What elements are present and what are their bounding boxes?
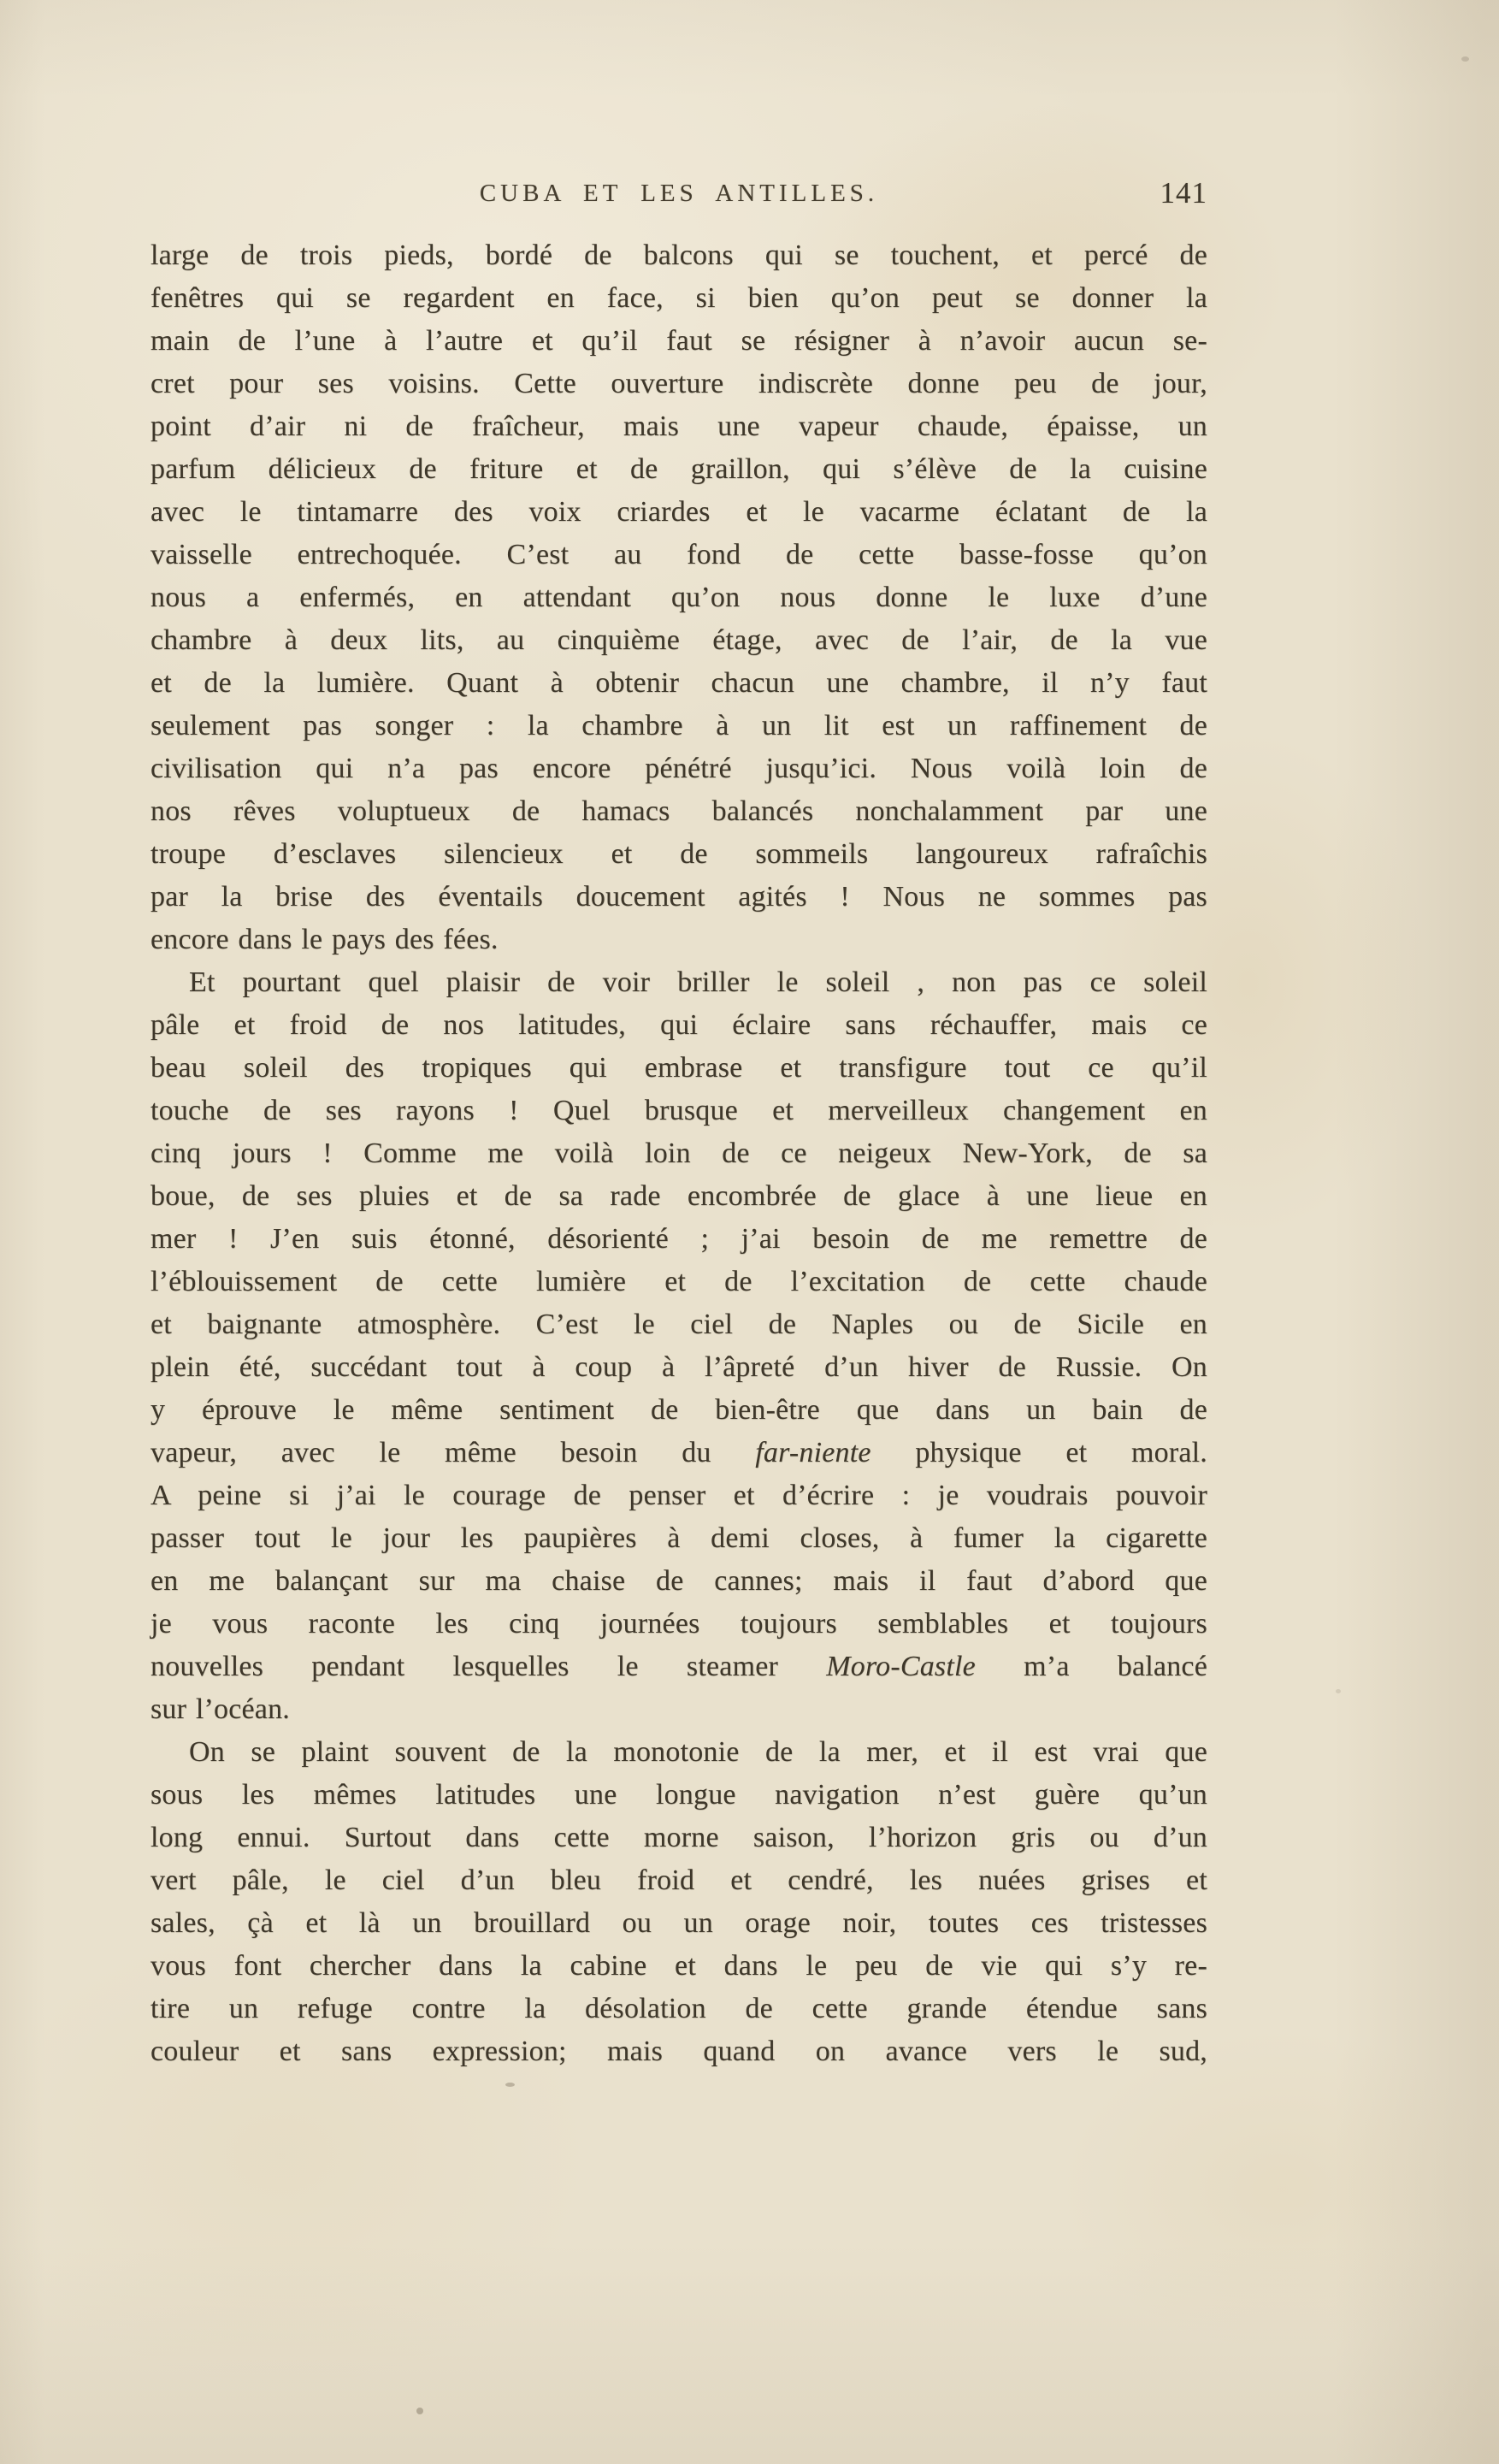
text-line: tire un refuge contre la désolation de c… xyxy=(150,1988,1207,2030)
ink-speck xyxy=(416,2408,423,2414)
text-segment: fenêtres qui se regardent en face, si bi… xyxy=(150,282,1207,314)
book-page: CUBA ET LES ANTILLES. 141 large de trois… xyxy=(0,0,1499,2464)
text-line: seulement pas songer : la chambre à un l… xyxy=(150,705,1207,747)
text-line: main de l’une à l’autre et qu’il faut se… xyxy=(150,320,1207,363)
text-segment: physique et moral. xyxy=(871,1437,1207,1468)
text-segment: m’a balancé xyxy=(976,1651,1207,1682)
text-segment: vaisselle entrechoquée. C’est au fond de… xyxy=(150,539,1207,570)
text-segment: seulement pas songer : la chambre à un l… xyxy=(150,710,1207,742)
text-segment: en me balançant sur ma chaise de cannes;… xyxy=(150,1565,1207,1597)
text-segment: je vous raconte les cinq journées toujou… xyxy=(150,1608,1207,1640)
text-line: cret pour ses voisins. Cette ouverture i… xyxy=(150,363,1207,405)
text-segment: On se plaint souvent de la monotonie de … xyxy=(189,1736,1207,1768)
text-segment: et de la lumière. Quant à obtenir chacun… xyxy=(150,667,1207,699)
text-segment: pâle et froid de nos latitudes, qui écla… xyxy=(150,1009,1207,1041)
text-segment: nous a enfermés, en attendant qu’on nous… xyxy=(150,582,1207,613)
text-line: sales, çà et là un brouillard ou un orag… xyxy=(150,1902,1207,1945)
text-segment: avec le tintamarre des voix criardes et … xyxy=(150,496,1207,528)
text-segment: mer ! J’en suis étonné, désorienté ; j’a… xyxy=(150,1223,1207,1255)
text-segment: passer tout le jour les paupières à demi… xyxy=(150,1522,1207,1554)
text-line: troupe d’esclaves silencieux et de somme… xyxy=(150,833,1207,876)
text-segment: Et pourtant quel plaisir de voir briller… xyxy=(189,966,1207,998)
text-segment: par la brise des éventails doucement agi… xyxy=(150,881,1207,913)
text-segment: main de l’une à l’autre et qu’il faut se… xyxy=(150,325,1207,357)
text-segment: troupe d’esclaves silencieux et de somme… xyxy=(150,838,1207,870)
text-line: long ennui. Surtout dans cette morne sai… xyxy=(150,1817,1207,1859)
text-segment: sous les mêmes latitudes une longue navi… xyxy=(150,1779,1207,1811)
text-line: vaisselle entrechoquée. C’est au fond de… xyxy=(150,534,1207,576)
text-line: civilisation qui n’a pas encore pénétré … xyxy=(150,747,1207,790)
running-head: CUBA ET LES ANTILLES. xyxy=(150,176,1207,210)
page-header: CUBA ET LES ANTILLES. 141 xyxy=(150,176,1207,210)
text-segment: vapeur, avec le même besoin du xyxy=(150,1437,755,1468)
text-line: vous font chercher dans la cabine et dan… xyxy=(150,1945,1207,1988)
text-line: fenêtres qui se regardent en face, si bi… xyxy=(150,277,1207,320)
text-segment: nos rêves voluptueux de hamacs balancés … xyxy=(150,795,1207,827)
text-segment: touche de ses rayons ! Quel brusque et m… xyxy=(150,1095,1207,1126)
text-segment: beau soleil des tropiques qui embrase et… xyxy=(150,1052,1207,1084)
text-segment: encore dans le pays des fées. xyxy=(150,924,499,955)
text-segment: sur l’océan. xyxy=(150,1693,290,1725)
text-line: point d’air ni de fraîcheur, mais une va… xyxy=(150,405,1207,448)
text-segment: boue, de ses pluies et de sa rade encomb… xyxy=(150,1180,1207,1212)
text-line: couleur et sans expression; mais quand o… xyxy=(150,2030,1207,2073)
text-line: large de trois pieds, bordé de balcons q… xyxy=(150,234,1207,277)
text-segment: l’éblouissement de cette lumière et de l… xyxy=(150,1266,1207,1297)
text-line: nouvelles pendant lesquelles le steamer … xyxy=(150,1646,1207,1688)
text-segment: et baignante atmosphère. C’est le ciel d… xyxy=(150,1309,1207,1340)
text-segment: cret pour ses voisins. Cette ouverture i… xyxy=(150,368,1207,399)
text-segment: tire un refuge contre la désolation de c… xyxy=(150,1993,1207,2024)
text-line: parfum délicieux de friture et de graill… xyxy=(150,448,1207,491)
text-segment: long ennui. Surtout dans cette morne sai… xyxy=(150,1822,1207,1853)
text-line: Et pourtant quel plaisir de voir briller… xyxy=(150,961,1207,1004)
text-line: A peine si j’ai le courage de penser et … xyxy=(150,1474,1207,1517)
text-segment: plein été, succédant tout à coup à l’âpr… xyxy=(150,1351,1207,1383)
text-segment: vert pâle, le ciel d’un bleu froid et ce… xyxy=(150,1864,1207,1896)
text-line: avec le tintamarre des voix criardes et … xyxy=(150,491,1207,534)
text-line: et de la lumière. Quant à obtenir chacun… xyxy=(150,662,1207,705)
text-line: je vous raconte les cinq journées toujou… xyxy=(150,1603,1207,1646)
text-line: sous les mêmes latitudes une longue navi… xyxy=(150,1774,1207,1817)
text-segment: parfum délicieux de friture et de graill… xyxy=(150,453,1207,485)
ink-speck xyxy=(505,2083,515,2087)
text-segment: point d’air ni de fraîcheur, mais une va… xyxy=(150,411,1207,442)
text-line: plein été, succédant tout à coup à l’âpr… xyxy=(150,1346,1207,1389)
text-line: On se plaint souvent de la monotonie de … xyxy=(150,1731,1207,1774)
text-line: nous a enfermés, en attendant qu’on nous… xyxy=(150,576,1207,619)
text-line: par la brise des éventails doucement agi… xyxy=(150,876,1207,919)
text-line: encore dans le pays des fées. xyxy=(150,919,1207,961)
text-line: beau soleil des tropiques qui embrase et… xyxy=(150,1047,1207,1090)
text-segment: couleur et sans expression; mais quand o… xyxy=(150,2036,1207,2067)
text-line: l’éblouissement de cette lumière et de l… xyxy=(150,1261,1207,1303)
text-line: et baignante atmosphère. C’est le ciel d… xyxy=(150,1303,1207,1346)
text-segment: vous font chercher dans la cabine et dan… xyxy=(150,1950,1207,1982)
text-segment: civilisation qui n’a pas encore pénétré … xyxy=(150,753,1207,784)
text-segment: y éprouve le même sentiment de bien-être… xyxy=(150,1394,1207,1426)
text-line: passer tout le jour les paupières à demi… xyxy=(150,1517,1207,1560)
text-segment: chambre à deux lits, au cinquième étage,… xyxy=(150,624,1207,656)
text-segment: large de trois pieds, bordé de balcons q… xyxy=(150,239,1207,271)
text-segment: cinq jours ! Comme me voilà loin de ce n… xyxy=(150,1137,1207,1169)
ink-speck xyxy=(1461,56,1469,62)
italic-text: Moro-Castle xyxy=(826,1651,976,1682)
text-line: vapeur, avec le même besoin du far-nient… xyxy=(150,1432,1207,1474)
text-line: boue, de ses pluies et de sa rade encomb… xyxy=(150,1175,1207,1218)
ink-speck xyxy=(1336,1689,1341,1693)
text-line: cinq jours ! Comme me voilà loin de ce n… xyxy=(150,1132,1207,1175)
text-line: y éprouve le même sentiment de bien-être… xyxy=(150,1389,1207,1432)
text-line: vert pâle, le ciel d’un bleu froid et ce… xyxy=(150,1859,1207,1902)
text-line: en me balançant sur ma chaise de cannes;… xyxy=(150,1560,1207,1603)
text-line: mer ! J’en suis étonné, désorienté ; j’a… xyxy=(150,1218,1207,1261)
text-segment: A peine si j’ai le courage de penser et … xyxy=(150,1480,1207,1511)
page-number: 141 xyxy=(1160,176,1208,210)
text-line: chambre à deux lits, au cinquième étage,… xyxy=(150,619,1207,662)
italic-text: far-niente xyxy=(755,1437,870,1468)
text-line: sur l’océan. xyxy=(150,1688,1207,1731)
text-line: pâle et froid de nos latitudes, qui écla… xyxy=(150,1004,1207,1047)
text-segment: nouvelles pendant lesquelles le steamer xyxy=(150,1651,826,1682)
text-segment: sales, çà et là un brouillard ou un orag… xyxy=(150,1907,1207,1939)
text-line: touche de ses rayons ! Quel brusque et m… xyxy=(150,1090,1207,1132)
body-text: large de trois pieds, bordé de balcons q… xyxy=(150,234,1207,2073)
text-line: nos rêves voluptueux de hamacs balancés … xyxy=(150,790,1207,833)
